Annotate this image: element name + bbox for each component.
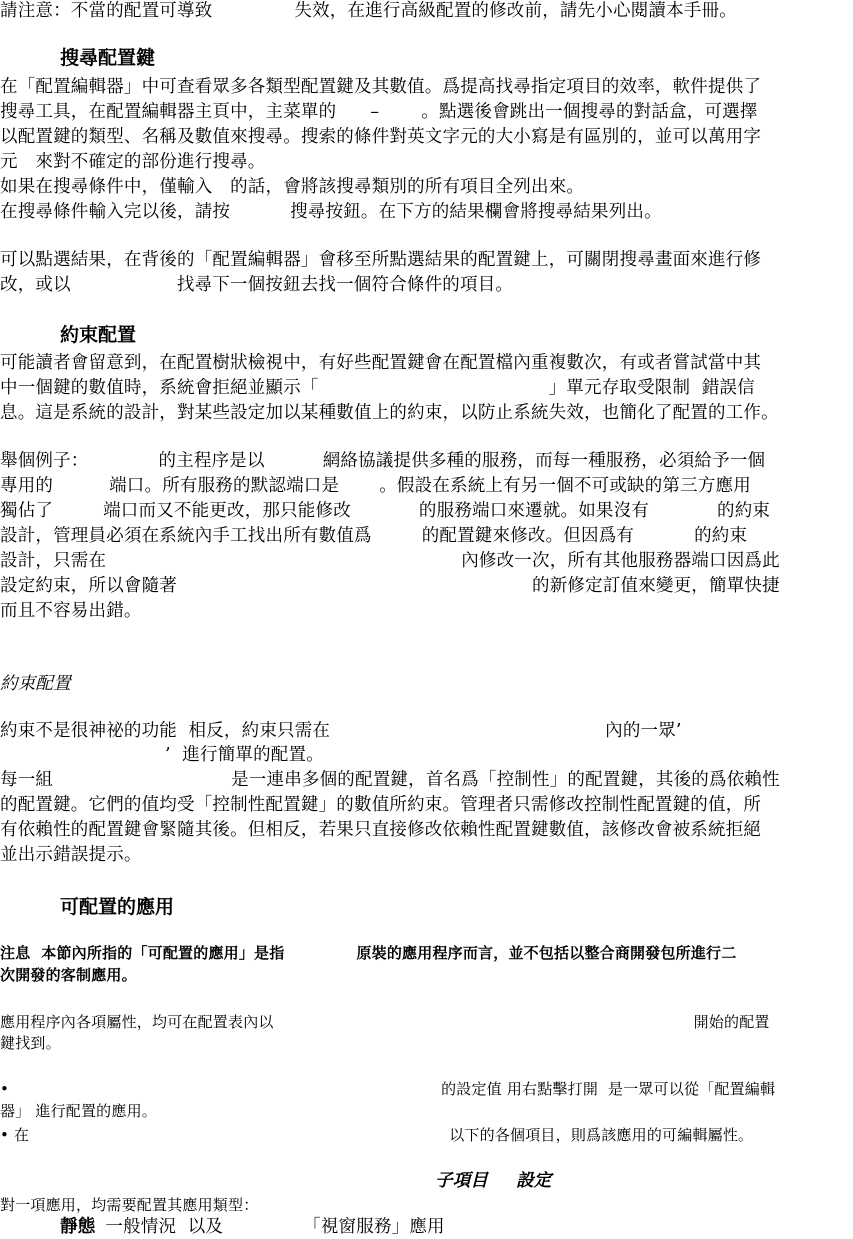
paragraph-line: 的配置鍵。它們的值均受「控制性配置鍵」的數值所約束。管理者只需修改控制性配置鍵的… xyxy=(0,794,761,816)
text-run: 設計，管理員必須在系統內手工找出所有數值爲 xyxy=(0,526,372,546)
paragraph-line: 獨佔了端口而又不能更改，那只能修改的服務端口來遷就。如果沒有的約束 xyxy=(0,500,770,522)
bullet-dot: • xyxy=(0,1080,9,1098)
paragraph-line: 設計，管理員必須在系統內手工找出所有數值爲的配置鍵來修改。但因爲有的約束 xyxy=(0,525,747,547)
bullet-item: •的設定值 用右點擊打開 是一眾可以從「配置編輯 xyxy=(0,1078,775,1100)
text-run: 原裝的應用程序而言，並不包括以整合商開發包所進行二 xyxy=(356,944,736,962)
paragraph-line: 可以點選結果，在背後的「配置編輯器」會移至所點選結果的配置鍵上，可關閉搜尋畫面來… xyxy=(0,249,761,271)
text-run: 中一個鍵的數值時，系統會拒絕並顯示「 xyxy=(0,378,319,398)
paragraph-line: 約束不是很神祕的功能 相反，約束只需在內的一眾’ xyxy=(0,720,682,742)
text-run: 搜尋工具，在配置編輯器主頁中，主菜單的 xyxy=(0,102,336,122)
heading-constraint-config: 約束配置 xyxy=(60,320,136,347)
paragraph-line: 中一個鍵的數值時，系統會拒絕並顯示「」單元存取受限制 錯誤信 xyxy=(0,377,755,399)
text-run: 的設定值 用右點擊打開 是一眾可以從「配置編輯 xyxy=(441,1080,775,1098)
subheading-constraint-config: 約束配置 xyxy=(0,673,71,695)
text-run: 在搜尋條件輸入完以後，請按 xyxy=(0,202,230,222)
warning-line: 請注意：不當的配置可導致失效，在進行高級配置的修改前，請先小心閱讀本手冊。 xyxy=(0,0,737,22)
paragraph-line: 設定約束，所以會隨著的新修定訂值來變更，簡單快捷 xyxy=(0,575,780,597)
paragraph-line: 如果在搜尋條件中，僅輸入 的話，會將該搜尋類別的所有項目全列出來。 xyxy=(0,176,584,198)
paragraph-line: 設計，只需在內修改一次，所有其他服務器端口因爲此 xyxy=(0,550,780,572)
text-run: 應用程序內各項屬性，均可在配置表內以 xyxy=(0,1013,274,1031)
text-run: • 在 xyxy=(0,1126,29,1144)
bullet-item: 器」 進行配置的應用。 xyxy=(0,1100,157,1122)
paragraph-line: 專用的端口。所有服務的默認端口是。假設在系統上有另一個不可或缺的第三方應用 xyxy=(0,475,751,497)
paragraph-line: 搜尋工具，在配置編輯器主頁中，主菜單的–。點選後會跳出一個搜尋的對話盒，可選擇 xyxy=(0,101,758,123)
text-run: 設定 xyxy=(516,1171,551,1191)
text-run: 的服務端口來遷就。如果沒有 xyxy=(419,501,649,521)
text-run: 端口。所有服務的默認端口是 xyxy=(109,476,339,496)
text-run: 每一組 xyxy=(0,770,53,790)
paragraph-line: 以配置鍵的類型、名稱及數值來搜尋。搜索的條件對英文字元的大小寫是有區別的，並可以… xyxy=(0,126,761,148)
paragraph-line: 改，或以找尋下一個按鈕去找一個符合條件的項目。 xyxy=(0,274,513,296)
heading-configurable-apps: 可配置的應用 xyxy=(60,892,174,919)
subitem-settings-title: 子項目設定 xyxy=(435,1170,552,1192)
heading-search-config-keys: 搜尋配置鍵 xyxy=(60,43,155,70)
paragraph-line: 而且不容易出錯。 xyxy=(0,600,142,622)
text-run: 專用的 xyxy=(0,476,53,496)
text-run: 改，或以 xyxy=(0,275,71,295)
note-line: 注息 本節內所指的「可配置的應用」是指原裝的應用程序而言，並不包括以整合商開發包… xyxy=(0,942,736,964)
text-run: 約束不是很神祕的功能 相反，約束只需在 xyxy=(0,721,330,741)
text-run: 設計，只需在 xyxy=(0,551,106,571)
text-run: 。假設在系統上有另一個不可或缺的第三方應用 xyxy=(379,476,751,496)
paragraph-line: 在搜尋條件輸入完以後，請按搜尋按鈕。在下方的結果欄會將搜尋結果列出。 xyxy=(0,201,662,223)
paragraph-line: 對一項應用，均需要配置其應用類型： xyxy=(0,1194,258,1216)
paragraph-line: 舉個例子：的主程序是以網絡協議提供多種的服務，而每一種服務，必須給予一個 xyxy=(0,450,765,472)
text-run: 一般情況 以及 xyxy=(105,1217,223,1237)
paragraph-line: ’ 進行簡單的配置。 xyxy=(165,744,324,766)
text-run: 子項目 xyxy=(435,1171,488,1191)
text-run: 的約束 xyxy=(694,526,747,546)
text-run: 開始的配置 xyxy=(694,1013,770,1031)
paragraph-line: 在「配置編輯器」中可查看眾多各類型配置鍵及其數值。爲提高找尋指定項目的效率，軟件… xyxy=(0,76,761,98)
text-run: 」單元存取受限制 錯誤信 xyxy=(549,378,755,398)
text-run: 是一連串多個的配置鍵，首名爲「控制性」的配置鍵，其後的爲依賴性 xyxy=(231,770,780,790)
paragraph-line: 元 來對不確定的部份進行搜尋。 xyxy=(0,151,266,173)
text-run: 。點選後會跳出一個搜尋的對話盒，可選擇 xyxy=(421,102,757,122)
warning-text-b: 失效，在進行高級配置的修改前，請先小心閱讀本手冊。 xyxy=(294,1,737,21)
note-line: 次開發的客制應用。 xyxy=(0,964,137,986)
paragraph-line: 應用程序內各項屬性，均可在配置表內以開始的配置 xyxy=(0,1011,770,1033)
text-run: 搜尋按鈕。在下方的結果欄會將搜尋結果列出。 xyxy=(290,202,662,222)
menu-separator: – xyxy=(370,102,379,122)
text-run: 設定約束，所以會隨著 xyxy=(0,576,177,596)
text-run: 獨佔了 xyxy=(0,501,53,521)
text-run: 內修改一次，所有其他服務器端口因爲此 xyxy=(461,551,780,571)
text-run: 注息 本節內所指的「可配置的應用」是指 xyxy=(0,944,284,962)
paragraph-line: 可能讀者會留意到，在配置樹狀檢視中，有好些配置鍵會在配置檔內重複數次，有或者嘗試… xyxy=(0,352,761,374)
text-run: 的新修定訂值來變更，簡單快捷 xyxy=(532,576,780,596)
text-run: 的約束 xyxy=(717,501,770,521)
text-run: 端口而又不能更改，那只能修改 xyxy=(103,501,351,521)
app-types-line: 靜態一般情況 以及「視窗服務」應用 xyxy=(60,1216,445,1238)
paragraph-line: 有依賴性的配置鍵會緊隨其後。但相反，若果只直接修改依賴性配置鍵數值，該修改會被系… xyxy=(0,819,761,841)
text-run: 舉個例子： xyxy=(0,451,89,471)
text-run: 網絡協議提供多種的服務，而每一種服務，必須給予一個 xyxy=(323,451,766,471)
paragraph-line: 鍵找到。 xyxy=(0,1032,61,1054)
text-run: 以下的各個項目，則爲該應用的可編輯屬性。 xyxy=(449,1126,753,1144)
warning-text-a: 請注意：不當的配置可導致 xyxy=(0,1,212,21)
text-run: 內的一眾’ xyxy=(605,721,682,741)
text-run: 的配置鍵來修改。但因爲有 xyxy=(422,526,634,546)
text-run: 的主程序是以 xyxy=(159,451,265,471)
paragraph-line: 息。這是系統的設計，對某些設定加以某種數值上的約束，以防止系統失效，也簡化了配置… xyxy=(0,402,779,424)
text-run: 找尋下一個按鈕去找一個符合條件的項目。 xyxy=(177,275,513,295)
paragraph-line: 並出示錯誤提示。 xyxy=(0,844,142,866)
bullet-item: • 在以下的各個項目，則爲該應用的可編輯屬性。 xyxy=(0,1124,753,1146)
type-static: 靜態 xyxy=(60,1217,95,1237)
type-window-service: 「視窗服務」應用 xyxy=(303,1217,445,1237)
paragraph-line: 每一組是一連串多個的配置鍵，首名爲「控制性」的配置鍵，其後的爲依賴性 xyxy=(0,769,780,791)
